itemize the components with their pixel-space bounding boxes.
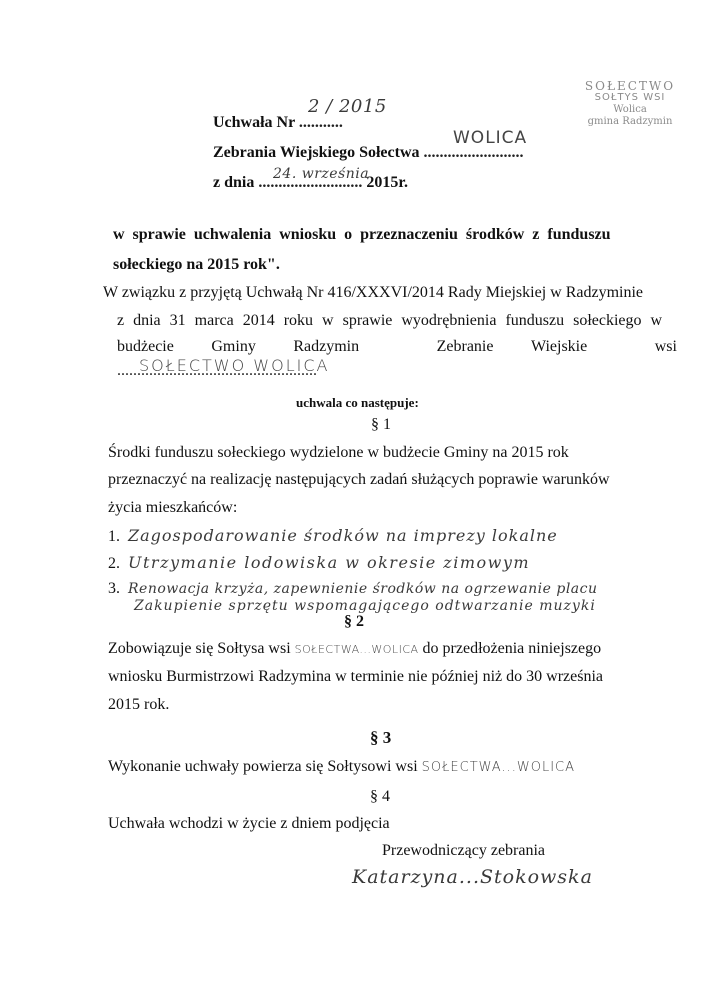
section-3-line-1: Wykonanie uchwały powierza się Sołtysowi… — [108, 758, 575, 776]
date-year: 2015r. — [366, 174, 408, 191]
section-1-line-1: Środki funduszu sołeckiego wydzielone w … — [108, 444, 569, 462]
village-handwritten-2: SOŁECTWO WOLICA — [139, 356, 329, 375]
section-2-title: § 2 — [344, 613, 364, 631]
task-item-3: 3. Renowacja krzyża, zapewnienie środków… — [108, 580, 598, 598]
resolution-number-handwritten: 2 / 2015 — [308, 96, 387, 117]
village-handwritten-4: SOŁECTWA...WOLICA — [422, 760, 575, 775]
stamp-line-2: SOŁTYS WSI — [575, 92, 685, 104]
meeting-label: Zebrania Wiejskiego Sołectwa — [213, 144, 420, 161]
task-item-1: 1. Zagospodarowanie środków na imprezy l… — [108, 526, 558, 546]
resolution-label: Uchwała Nr — [213, 114, 295, 131]
subject-line-1: w sprawie uchwalenia wniosku o przeznacz… — [113, 226, 611, 244]
date-label: z dnia — [213, 174, 254, 191]
task-item-2: 2. Utrzymanie lodowiska w okresie zimowy… — [108, 553, 530, 573]
section-1-line-2: przeznaczyć na realizację następujących … — [108, 471, 610, 489]
resolution-number-line: Uchwała Nr ........... 2 / 2015 — [213, 114, 343, 132]
section-3-title: § 3 — [370, 728, 391, 748]
section-1-title: § 1 — [371, 416, 391, 434]
section-2-line-2: wniosku Burmistrzowi Radzymina w termini… — [108, 668, 603, 686]
signature-name: Katarzyna...Stokowska — [352, 866, 593, 888]
resolves-heading: uchwala co następuje: — [296, 395, 419, 411]
stamp-line-1: SOŁECTWO — [575, 80, 685, 92]
section-4-line-1: Uchwała wchodzi w życie z dniem podjęcia — [108, 815, 390, 833]
preamble-line-2: z dnia 31 marca 2014 roku w sprawie wyod… — [117, 312, 662, 330]
preamble-line-1: W związku z przyjętą Uchwałą Nr 416/XXXV… — [103, 284, 643, 302]
village-handwritten: WOLICA — [453, 128, 527, 148]
section-4-title: § 4 — [370, 788, 390, 806]
section-2-line-1: Zobowiązuje się Sołtysa wsi SOŁECTWA...W… — [108, 640, 601, 658]
date-handwritten: 24. września — [273, 166, 369, 182]
task-item-3-continued: Zakupienie sprzętu wspomagającego odtwar… — [134, 598, 596, 614]
section-1-line-3: życia mieszkańców: — [108, 499, 237, 517]
preamble-line-3: budżecie Gminy Radzymin Zebranie Wiejski… — [117, 338, 677, 356]
stamp-line-4: gmina Radzymin — [575, 116, 685, 128]
official-stamp: SOŁECTWO SOŁTYS WSI Wolica gmina Radzymi… — [575, 80, 685, 128]
meeting-line: Zebrania Wiejskiego Sołectwa ...........… — [213, 144, 524, 162]
signature-role: Przewodniczący zebrania — [382, 842, 545, 860]
preamble-line-4: ........................................… — [117, 362, 317, 380]
section-2-line-3: 2015 rok. — [108, 696, 169, 714]
subject-line-2: sołeckiego na 2015 rok". — [113, 256, 280, 274]
stamp-line-3: Wolica — [575, 104, 685, 116]
village-handwritten-3: SOŁECTWA...WOLICA — [295, 643, 419, 656]
date-line: z dnia .......................... 2015r.… — [213, 174, 408, 192]
